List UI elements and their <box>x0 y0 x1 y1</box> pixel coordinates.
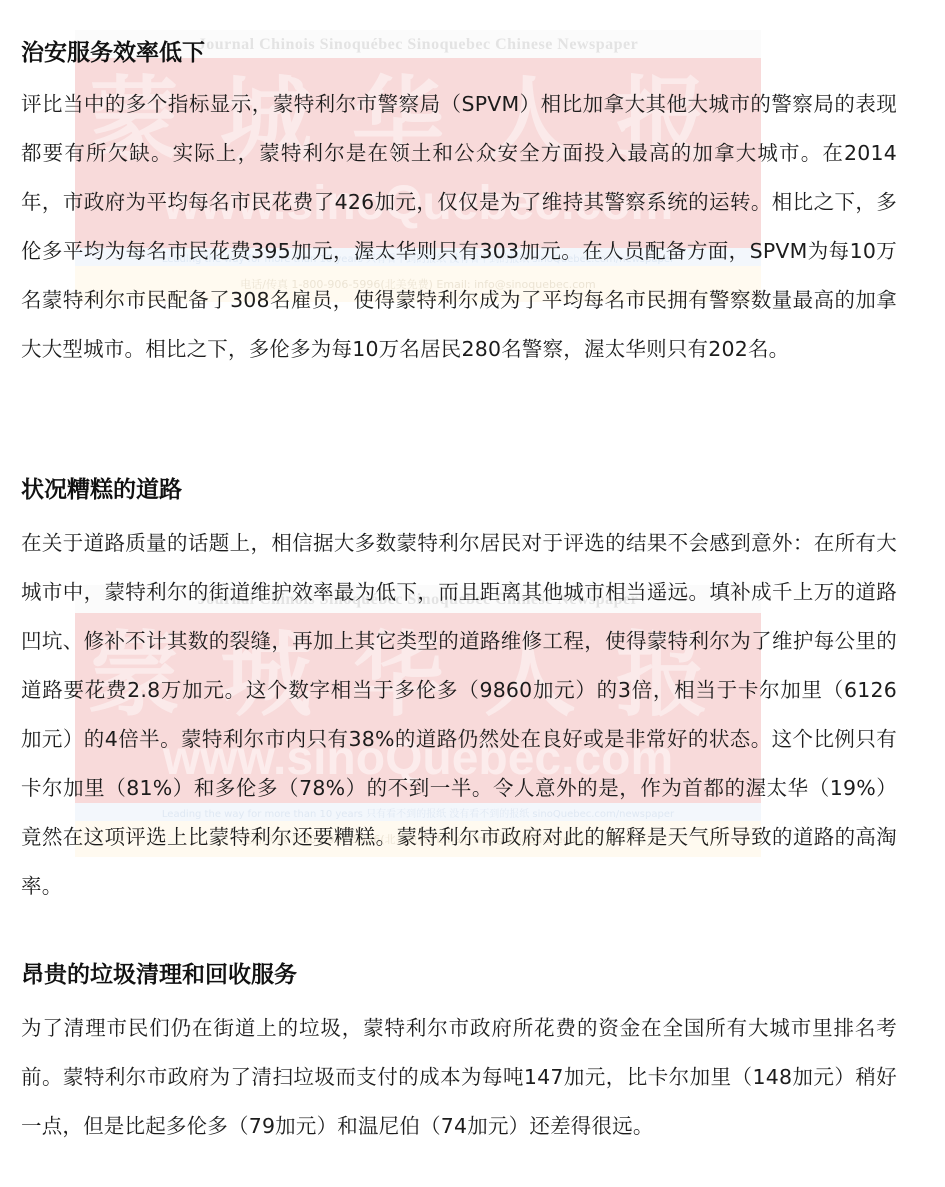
section-heading-roads: 状况糟糕的道路 <box>21 475 182 505</box>
section-paragraph-garbage: 为了清理市民们仍在街道上的垃圾，蒙特利尔市政府所花费的资金在全国所有大城市里排名… <box>21 1004 897 1151</box>
section-heading-garbage: 昂贵的垃圾清理和回收服务 <box>21 960 297 990</box>
section-paragraph-police: 评比当中的多个指标显示，蒙特利尔市警察局（SPVM）相比加拿大其他大城市的警察局… <box>21 80 897 374</box>
section-heading-police: 治安服务效率低下 <box>21 38 205 68</box>
section-paragraph-roads: 在关于道路质量的话题上，相信据大多数蒙特利尔居民对于评选的结果不会感到意外：在所… <box>21 519 897 911</box>
